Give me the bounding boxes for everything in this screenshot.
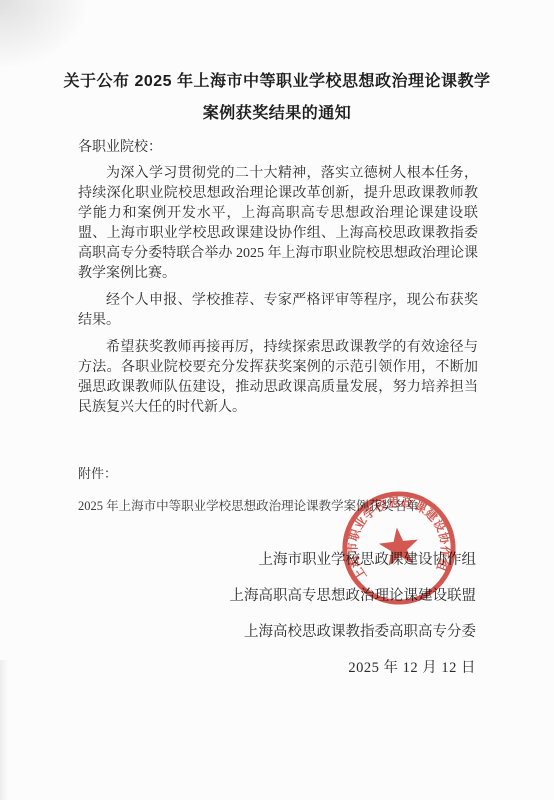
signature-line-1: 上海市职业学校思政课建设协作组 bbox=[78, 550, 476, 570]
signature-block: 上海市职业学校思政课建设协作组 上海高职高专思想政治理论课建设联盟 上海高校思政… bbox=[78, 550, 478, 678]
scan-artifact-bottom-left bbox=[0, 660, 8, 800]
document-date: 2025 年 12 月 12 日 bbox=[78, 658, 476, 678]
attachment-label: 附件： bbox=[78, 464, 478, 484]
signature-line-2: 上海高职高专思想政治理论课建设联盟 bbox=[78, 586, 476, 606]
title-line-1: 关于公布 2025 年上海市中等职业学校思想政治理论课教学 bbox=[40, 66, 514, 98]
document-title: 关于公布 2025 年上海市中等职业学校思想政治理论课教学 案例获奖结果的通知 bbox=[40, 66, 514, 130]
attachment-section: 附件： 2025 年上海市中等职业学校思想政治理论课教学案例获奖名单 bbox=[78, 464, 478, 516]
document-page: 关于公布 2025 年上海市中等职业学校思想政治理论课教学 案例获奖结果的通知 … bbox=[0, 0, 554, 800]
signature-line-3: 上海高校思政课教指委高职高专分委 bbox=[78, 622, 476, 642]
attachment-item: 2025 年上海市中等职业学校思想政治理论课教学案例获奖名单 bbox=[78, 496, 478, 516]
body-paragraph-2: 经个人申报、学校推荐、专家严格评审等程序，现公布获奖结果。 bbox=[78, 291, 478, 331]
body-paragraph-3: 希望获奖教师再接再厉，持续探索思政课教学的有效途径与方法。各职业院校要充分发挥获… bbox=[78, 338, 478, 418]
document-body: 各职业院校： 为深入学习贯彻党的二十大精神，落实立德树人根本任务，持续深化职业院… bbox=[78, 138, 478, 678]
salutation: 各职业院校： bbox=[78, 138, 478, 158]
scan-artifact-top-left bbox=[0, 0, 90, 70]
body-paragraph-1: 为深入学习贯彻党的二十大精神，落实立德树人根本任务，持续深化职业院校思想政治理论… bbox=[78, 164, 478, 284]
title-line-2: 案例获奖结果的通知 bbox=[40, 98, 514, 130]
